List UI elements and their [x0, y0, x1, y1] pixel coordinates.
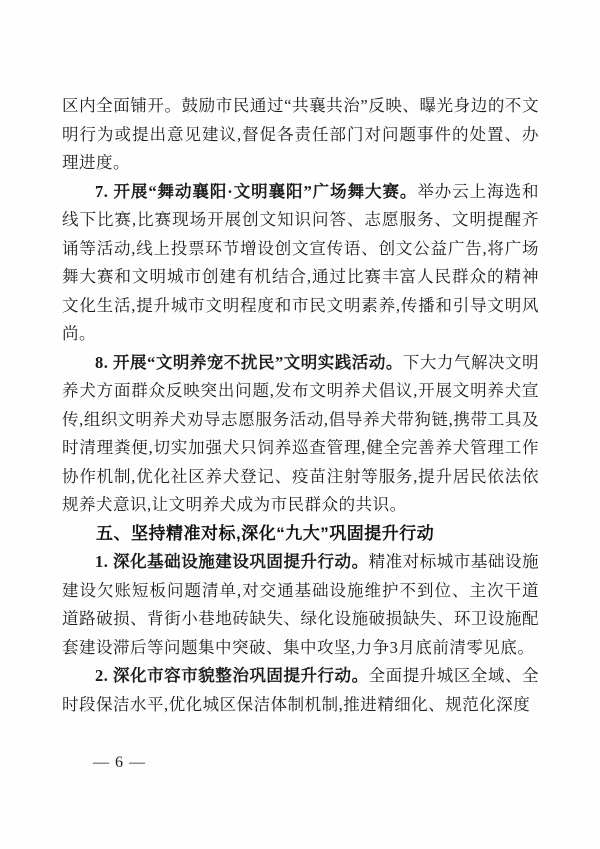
- paragraph-lead: 1. 深化基础设施建设巩固提升行动。: [95, 552, 369, 571]
- paragraph-text: 举办云上海选和线下比赛,比赛现场开展创文知识问答、志愿服务、文明提醒齐诵等活动,…: [62, 182, 539, 344]
- page-number: — 6 —: [93, 754, 146, 771]
- document-page: 区内全面铺开。鼓励市民通过“共襄共治”反映、曝光身边的不文明行为或提出意见建议,…: [0, 0, 600, 849]
- paragraph-lead: 7. 开展“舞动襄阳·文明襄阳”广场舞大赛。: [95, 182, 417, 201]
- paragraph-item-7: 7. 开展“舞动襄阳·文明襄阳”广场舞大赛。举办云上海选和线下比赛,比赛现场开展…: [62, 178, 539, 349]
- document-body: 区内全面铺开。鼓励市民通过“共襄共治”反映、曝光身边的不文明行为或提出意见建议,…: [62, 92, 539, 719]
- paragraph-text: 区内全面铺开。鼓励市民通过“共襄共治”反映、曝光身边的不文明行为或提出意见建议,…: [62, 96, 539, 172]
- paragraph-continuation: 区内全面铺开。鼓励市民通过“共襄共治”反映、曝光身边的不文明行为或提出意见建议,…: [62, 92, 539, 178]
- paragraph-lead: 2. 深化市容市貌整治巩固提升行动。: [95, 666, 369, 685]
- paragraph-item-2: 2. 深化市容市貌整治巩固提升行动。全面提升城区全域、全时段保洁水平,优化城区保…: [62, 662, 539, 719]
- paragraph-lead: 8. 开展“文明养宠不扰民”文明实践活动。: [95, 353, 403, 372]
- paragraph-item-1: 1. 深化基础设施建设巩固提升行动。精准对标城市基础设施建设欠账短板问题清单,对…: [62, 548, 539, 662]
- paragraph-item-8: 8. 开展“文明养宠不扰民”文明实践活动。下大力气解决文明养犬方面群众反映突出问…: [62, 349, 539, 520]
- page-footer: — 6 —: [93, 753, 146, 773]
- section-heading: 五、坚持精准对标,深化“九大”巩固提升行动: [62, 520, 539, 549]
- paragraph-text: 下大力气解决文明养犬方面群众反映突出问题,发布文明养犬倡议,开展文明养犬宣传,组…: [62, 353, 539, 515]
